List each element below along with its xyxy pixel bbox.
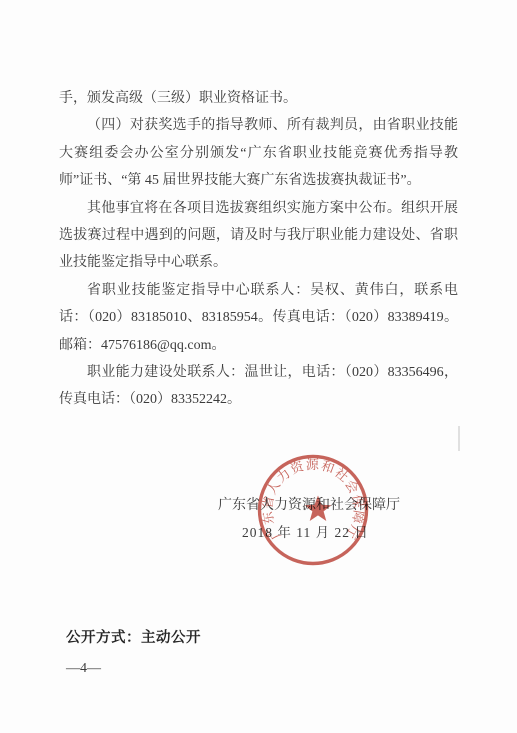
signature-date: 2018 年 11 月 22 日 xyxy=(242,525,369,540)
body-paragraph: 其他事宜将在各项目选拔赛组织实施方案中公布。组织开展选拔赛过程中遇到的问题，请及… xyxy=(59,195,458,277)
body-paragraph: （四）对获奖选手的指导教师、所有裁判员，由省职业技能大赛组委会办公室分别颁发“广… xyxy=(59,112,458,194)
body-paragraph: 手，颁发高级（三级）职业资格证书。 xyxy=(59,85,458,112)
scan-artifact-mark xyxy=(458,426,460,451)
document-body: 手，颁发高级（三级）职业资格证书。 （四）对获奖选手的指导教师、所有裁判员，由省… xyxy=(59,85,458,414)
body-paragraph: 职业能力建设处联系人：温世让，电话：（020）83356496，传真电话：（02… xyxy=(59,359,458,414)
signature-issuer: 广东省人力资源和社会保障厅 xyxy=(218,498,400,514)
body-paragraph: 省职业技能鉴定指导中心联系人：吴权、黄伟白，联系电话：（020）83185010… xyxy=(59,277,458,359)
document-page: 手，颁发高级（三级）职业资格证书。 （四）对获奖选手的指导教师、所有裁判员，由省… xyxy=(0,0,517,733)
publicity-method-line: 公开方式：主动公开 xyxy=(66,626,201,647)
page-number: —4— xyxy=(66,661,101,677)
